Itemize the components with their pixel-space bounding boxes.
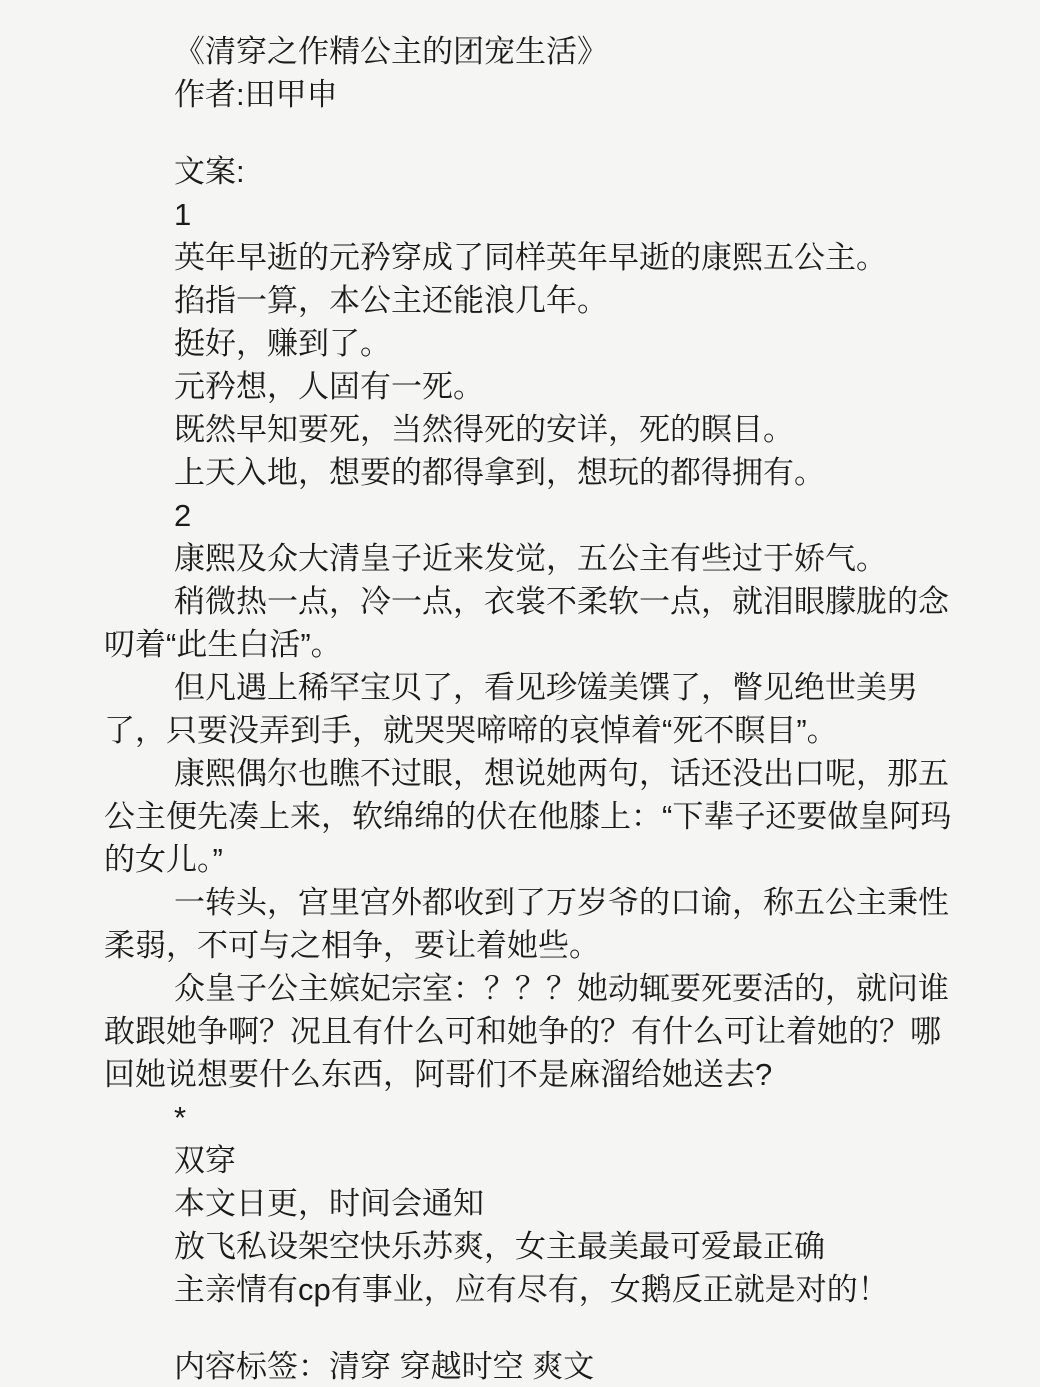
paragraph-line: 了，只要没弄到手，就哭哭啼啼的哀悼着“死不瞑目”。 <box>104 709 950 752</box>
paragraph-line: 的女儿。” <box>104 838 950 881</box>
content-tags-line: 内容标签：清穿 穿越时空 爽文 <box>104 1345 950 1387</box>
note-content-line: 主亲情有cp有事业，应有尽有，女鹅反正就是对的！ <box>104 1268 950 1311</box>
paragraph-line: 叨着“此生白活”。 <box>104 623 950 666</box>
note-style-line: 放飞私设架空快乐苏爽，女主最美最可爱最正确 <box>104 1225 950 1268</box>
paragraph-line: 掐指一算，本公主还能浪几年。 <box>104 279 950 322</box>
note-update-schedule-line: 本文日更，时间会通知 <box>104 1182 950 1225</box>
paragraph-line: 挺好，赚到了。 <box>104 322 950 365</box>
synopsis-label-line: 文案: <box>104 150 950 193</box>
book-title: 《清穿之作精公主的团宠生活》 <box>104 30 950 73</box>
section-number-2-line: 2 <box>104 494 950 537</box>
note-content: 主亲情有cp有事业，应有尽有，女鹅反正就是对的！ <box>104 1268 950 1311</box>
document-page: 《清穿之作精公主的团宠生活》作者:田甲申文案:1英年早逝的元矜穿成了同样英年早逝… <box>0 0 1040 1387</box>
paragraph: 众皇子公主嫔妃宗室：？？？她动辄要死要活的，就问谁敢跟她争啊？况且有什么可和她争… <box>104 967 950 1096</box>
paragraph: 上天入地，想要的都得拿到，想玩的都得拥有。 <box>104 451 950 494</box>
paragraph: 康熙偶尔也瞧不过眼，想说她两句，话还没出口呢，那五公主便先凑上来，软绵绵的伏在他… <box>104 752 950 881</box>
divider-asterisk-line: * <box>104 1096 950 1139</box>
paragraph-line: 众皇子公主嫔妃宗室：？？？她动辄要死要活的，就问谁 <box>104 967 950 1010</box>
paragraph-line: 康熙偶尔也瞧不过眼，想说她两句，话还没出口呢，那五 <box>104 752 950 795</box>
note-double-transmigration-line: 双穿 <box>104 1139 950 1182</box>
paragraph-line: 稍微热一点，冷一点，衣裳不柔软一点，就泪眼朦胧的念 <box>104 580 950 623</box>
paragraph-line: 一转头，宫里宫外都收到了万岁爷的口谕，称五公主秉性 <box>104 881 950 924</box>
paragraph: 稍微热一点，冷一点，衣裳不柔软一点，就泪眼朦胧的念叨着“此生白活”。 <box>104 580 950 666</box>
paragraph: 一转头，宫里宫外都收到了万岁爷的口谕，称五公主秉性柔弱，不可与之相争，要让着她些… <box>104 881 950 967</box>
section-number-1-line: 1 <box>104 193 950 236</box>
paragraph-line: 康熙及众大清皇子近来发觉，五公主有些过于娇气。 <box>104 537 950 580</box>
paragraph: 挺好，赚到了。 <box>104 322 950 365</box>
paragraph-line: 敢跟她争啊？况且有什么可和她争的？有什么可让着她的？哪 <box>104 1010 950 1053</box>
paragraph-line: 但凡遇上稀罕宝贝了，看见珍馐美馔了，瞥见绝世美男 <box>104 666 950 709</box>
note-style: 放飞私设架空快乐苏爽，女主最美最可爱最正确 <box>104 1225 950 1268</box>
paragraph-line: 元矜想，人固有一死。 <box>104 365 950 408</box>
book-title-line: 《清穿之作精公主的团宠生活》 <box>104 30 950 73</box>
paragraph-line: 英年早逝的元矜穿成了同样英年早逝的康熙五公主。 <box>104 236 950 279</box>
paragraph: 既然早知要死，当然得死的安详，死的瞑目。 <box>104 408 950 451</box>
section-number-2: 2 <box>104 494 950 537</box>
paragraph: 元矜想，人固有一死。 <box>104 365 950 408</box>
paragraph: 英年早逝的元矜穿成了同样英年早逝的康熙五公主。 <box>104 236 950 279</box>
paragraph-line: 公主便先凑上来，软绵绵的伏在他膝上：“下辈子还要做皇阿玛 <box>104 795 950 838</box>
divider-asterisk: * <box>104 1096 950 1139</box>
paragraph-line: 上天入地，想要的都得拿到，想玩的都得拥有。 <box>104 451 950 494</box>
note-update-schedule: 本文日更，时间会通知 <box>104 1182 950 1225</box>
paragraph: 掐指一算，本公主还能浪几年。 <box>104 279 950 322</box>
paragraph: 但凡遇上稀罕宝贝了，看见珍馐美馔了，瞥见绝世美男了，只要没弄到手，就哭哭啼啼的哀… <box>104 666 950 752</box>
note-double-transmigration: 双穿 <box>104 1139 950 1182</box>
author-line-line: 作者:田甲申 <box>104 73 950 116</box>
section-number-1: 1 <box>104 193 950 236</box>
paragraph: 康熙及众大清皇子近来发觉，五公主有些过于娇气。 <box>104 537 950 580</box>
paragraph-line: 柔弱，不可与之相争，要让着她些。 <box>104 924 950 967</box>
paragraph-line: 回她说想要什么东西，阿哥们不是麻溜给她送去? <box>104 1053 950 1096</box>
synopsis-label: 文案: <box>104 150 950 193</box>
content-tags: 内容标签：清穿 穿越时空 爽文 <box>104 1345 950 1387</box>
author-line: 作者:田甲申 <box>104 73 950 116</box>
paragraph-line: 既然早知要死，当然得死的安详，死的瞑目。 <box>104 408 950 451</box>
